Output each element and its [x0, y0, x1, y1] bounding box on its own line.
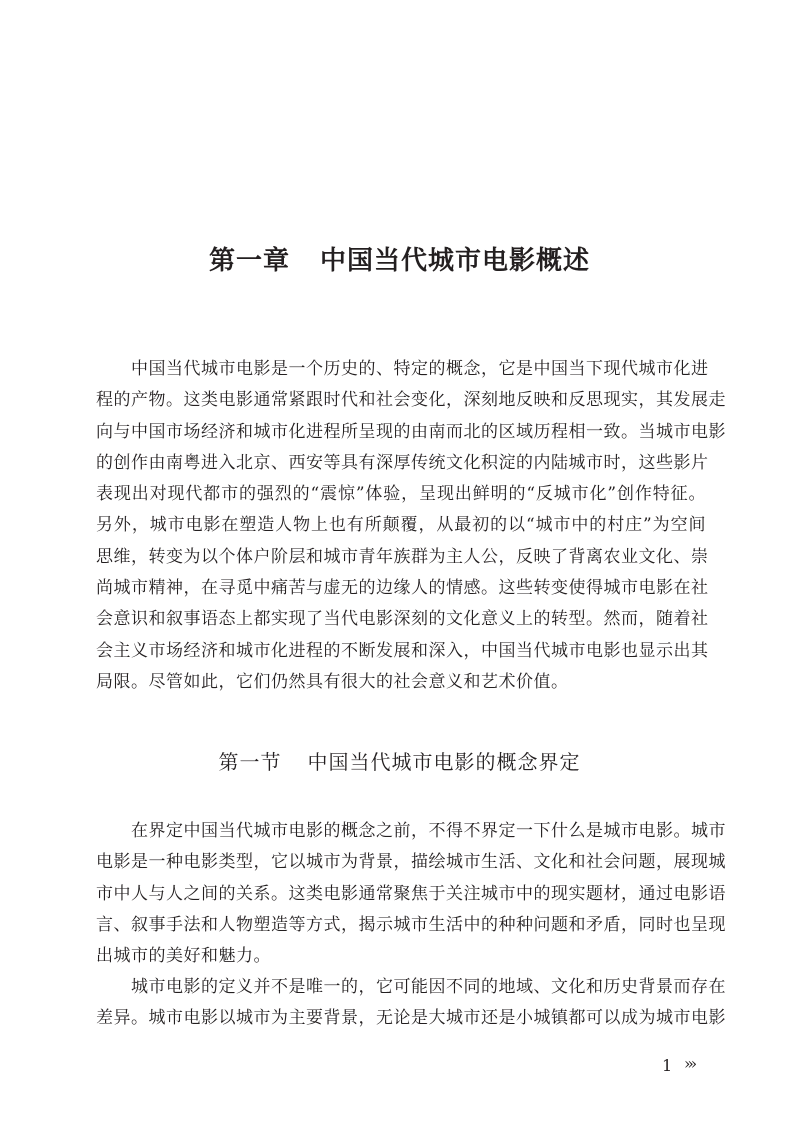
text-line: 尚城市精神，在寻觅中痛苦与虚无的边缘人的情感。这些转变使得城市电影在社 [96, 573, 706, 604]
text-line: 思维，转变为以个体户阶层和城市青年族群为主人公，反映了背离农业文化、崇 [96, 542, 706, 573]
section-paragraph-2: 城市电影的定义并不是唯一的，它可能因不同的地域、文化和历史背景而存在 差异。城市… [96, 972, 706, 1035]
chapter-heading: 中国当代城市电影概述 [320, 246, 590, 276]
text-line: 市中人与人之间的关系。这类电影通常聚焦于关注城市中的现实题材，通过电影语 [96, 879, 706, 910]
text-line: 出城市的美好和魅力。 [96, 941, 706, 972]
text-line: 表现出对现代都市的强烈的“震惊”体验，呈现出鲜明的“反城市化”创作特征。 [96, 479, 706, 510]
page-number: 1 [662, 1056, 672, 1075]
text-line: 会意识和叙事语态上都实现了当代电影深刻的文化意义上的转型。然而，随着社 [96, 604, 706, 635]
text-line: 的创作由南粤进入北京、西安等具有深厚传统文化积淀的内陆城市时，这些影片 [96, 448, 706, 479]
text-line: 在界定中国当代城市电影的概念之前，不得不界定一下什么是城市电影。城市 [96, 816, 706, 847]
text-line: 会主义市场经济和城市化进程的不断发展和深入，中国当代城市电影也显示出其 [96, 636, 706, 667]
text-line: 另外，城市电影在塑造人物上也有所颠覆，从最初的以“城市中的村庄”为空间 [96, 510, 706, 541]
text-line: 局限。尽管如此，它们仍然具有很大的社会意义和艺术价值。 [96, 667, 706, 698]
text-line: 向与中国市场经济和城市化进程所呈现的由南而北的区域历程相一致。当城市电影 [96, 417, 706, 448]
next-page-arrow-icon: ››› [684, 1054, 694, 1073]
chapter-number: 第一章 [209, 246, 290, 276]
text-line: 城市电影的定义并不是唯一的，它可能因不同的地域、文化和历史背景而存在 [96, 972, 706, 1003]
text-line: 中国当代城市电影是一个历史的、特定的概念，它是中国当下现代城市化进 [96, 354, 706, 385]
text-line: 程的产物。这类电影通常紧跟时代和社会变化，深刻地反映和反思现实，其发展走 [96, 385, 706, 416]
section-title: 第一节中国当代城市电影的概念界定 [0, 746, 799, 775]
text-line: 言、叙事手法和人物塑造等方式，揭示城市生活中的种种问题和矛盾，同时也呈现 [96, 910, 706, 941]
section-paragraph-1: 在界定中国当代城市电影的概念之前，不得不界定一下什么是城市电影。城市 电影是一种… [96, 816, 706, 972]
chapter-title: 第一章中国当代城市电影概述 [0, 240, 799, 277]
section-heading: 中国当代城市电影的概念界定 [308, 750, 581, 774]
text-line: 电影是一种电影类型，它以城市为背景，描绘城市生活、文化和社会问题，展现城 [96, 847, 706, 878]
intro-paragraph: 中国当代城市电影是一个历史的、特定的概念，它是中国当下现代城市化进 程的产物。这… [96, 354, 706, 698]
section-number: 第一节 [219, 750, 282, 774]
text-line: 差异。城市电影以城市为主要背景，无论是大城市还是小城镇都可以成为城市电影 [96, 1003, 706, 1034]
